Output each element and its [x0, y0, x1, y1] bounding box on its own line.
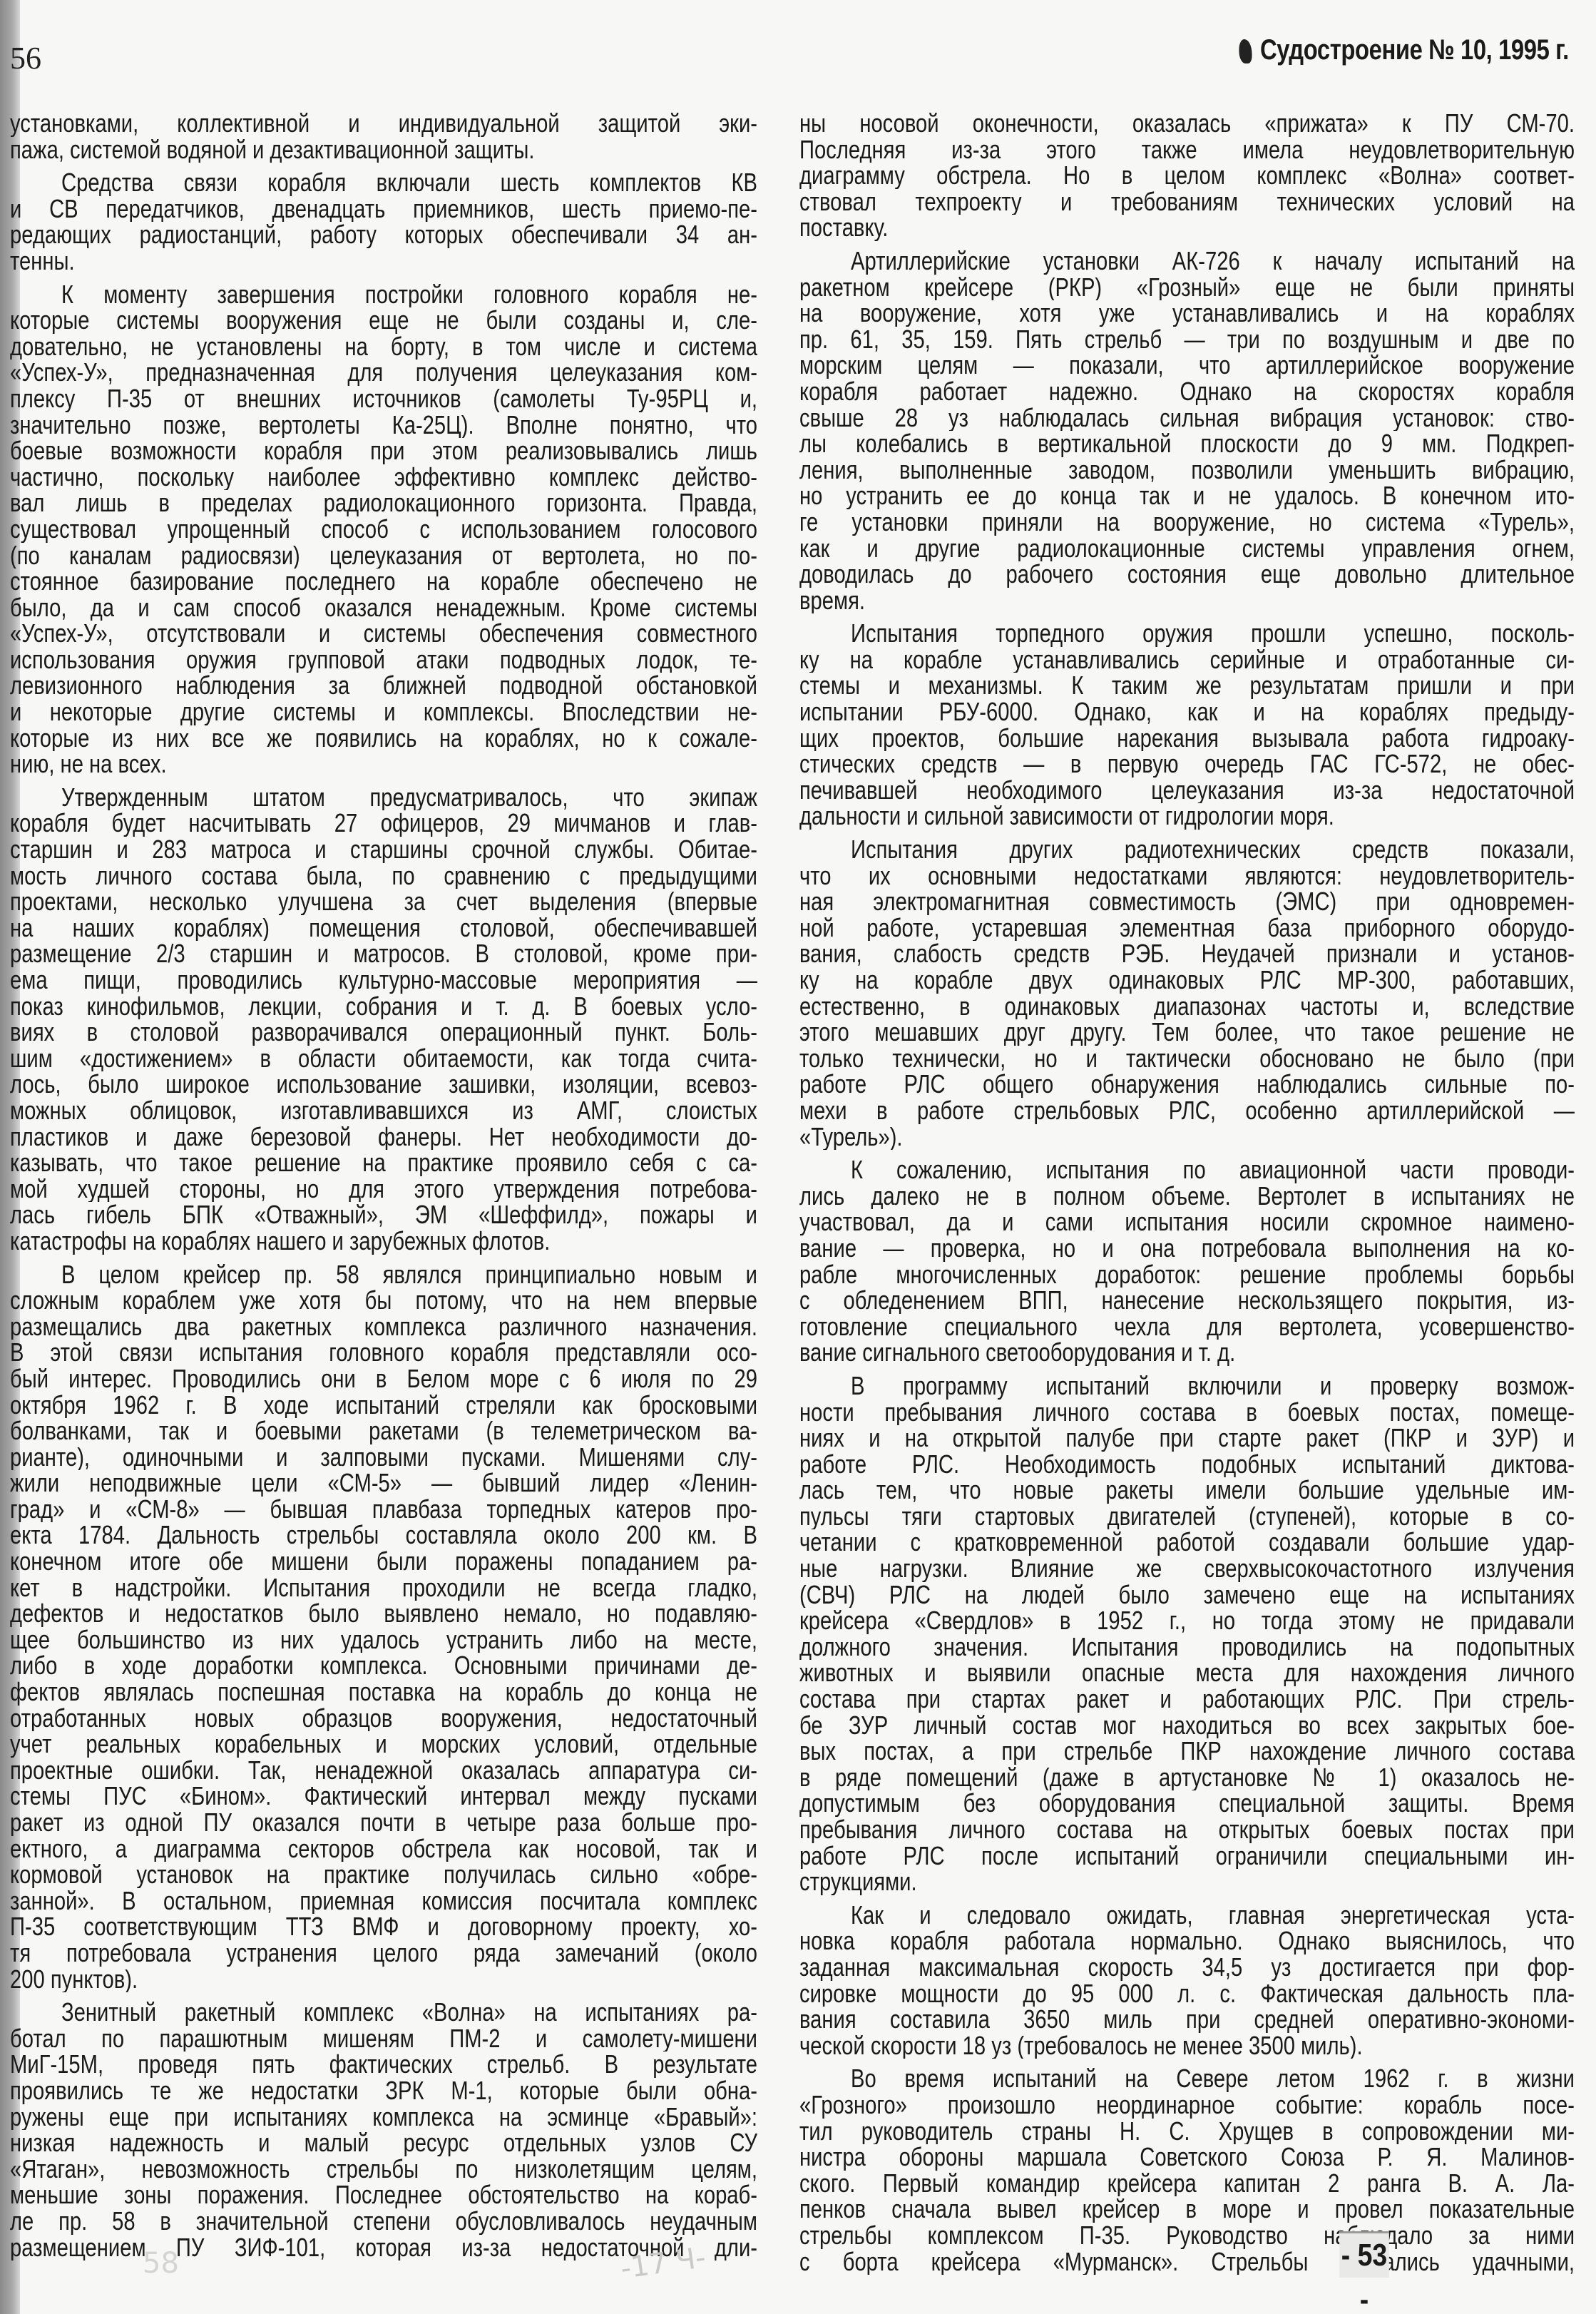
text-line: тенны.: [10, 248, 757, 275]
text-line: в ряде помещений (даже в артустановке № …: [799, 1765, 1575, 1791]
text-line: Как и следовало ожидать, главная энергет…: [799, 1902, 1575, 1929]
text-line: ку на корабле устанавливались серийные и…: [799, 647, 1575, 673]
text-line: Испытания торпедного оружия прошли успеш…: [799, 621, 1575, 647]
text-line: ления, выполненные заводом, позволили ум…: [799, 457, 1575, 484]
text-line: вание — проверка, но и она потребовала в…: [799, 1235, 1575, 1262]
text-line: с обледенением ВПП, нанесение нескользящ…: [799, 1288, 1575, 1314]
text-line: К моменту завершения постройки головного…: [10, 282, 757, 308]
text-line: кормовой установок на практике получилас…: [10, 1862, 757, 1888]
text-line: лись далеко не в полном объеме. Вертолет…: [799, 1183, 1575, 1210]
text-line: «Ятаган», невозможность стрельбы по низк…: [10, 2156, 757, 2183]
text-line: ной работе, устаревшая элементная база п…: [799, 915, 1575, 942]
text-line: показ кинофильмов, лекции, собрания и т.…: [10, 994, 757, 1020]
text-line: ракетном крейсере (РКР) «Грозный» еще не…: [799, 275, 1575, 301]
text-line: использования оружия групповой атаки под…: [10, 647, 757, 673]
text-line: ема пищи, проводились культурно-массовые…: [10, 967, 757, 994]
text-line: работе РЛС общего обнаружения наблюдалис…: [799, 1071, 1575, 1098]
page-number: - 53 -: [1339, 2231, 1389, 2278]
text-line: лась тем, что новые ракеты имели большие…: [799, 1477, 1575, 1504]
text-line: поставку.: [799, 215, 1575, 241]
text-line: ружены еще при испытаниях комплекса на э…: [10, 2104, 757, 2131]
text-line: лась гибель БПК «Отважный», ЭМ «Шеффилд»…: [10, 1202, 757, 1228]
text-line: пребывания личного состава на открытых б…: [799, 1817, 1575, 1843]
left-text-column: установками, коллективной и индивидуальн…: [10, 111, 757, 2261]
text-line: животных и выявили опасные места для нах…: [799, 1660, 1575, 1686]
text-line: занной». В остальном, приемная комиссия …: [10, 1888, 757, 1915]
text-line: только технически, но и тактически обосн…: [799, 1046, 1575, 1072]
text-line: старшин и 283 матроса и старшины срочной…: [10, 837, 757, 863]
text-line: стрельбы комплексом П-35. Руководство на…: [799, 2223, 1575, 2249]
text-line: доводилась до рабочего состояния еще дов…: [799, 561, 1575, 588]
text-line: на наших кораблях) помещения столовой, о…: [10, 915, 757, 942]
text-line: вал лишь в пределах радиолокационного го…: [10, 490, 757, 516]
text-line: стоянное базирование последнего на кораб…: [10, 569, 757, 595]
text-line: Зенитный ракетный комплекс «Волна» на ис…: [10, 1999, 757, 2026]
text-line: стических средств — в первую очередь ГАС…: [799, 751, 1575, 778]
text-line: В программу испытаний включили и проверк…: [799, 1373, 1575, 1400]
text-line: состава при стартах ракет и работающих Р…: [799, 1686, 1575, 1713]
text-line: пажа, системой водяной и дезактивационно…: [10, 137, 757, 163]
text-line: град» и «СМ-8» — бывшая плавбаза торпедн…: [10, 1497, 757, 1523]
text-line: и некоторые другие системы и комплексы. …: [10, 699, 757, 725]
text-line: ле пр. 58 в значительной степени обуслов…: [10, 2208, 757, 2235]
text-line: было, да и сам способ оказался ненадежны…: [10, 595, 757, 621]
text-line: этого мешавших друг другу. Тем более, чт…: [799, 1019, 1575, 1046]
text-line: участвовал, да и сами испытания носили с…: [799, 1209, 1575, 1235]
text-line: довательно, не установлены на борту, в т…: [10, 334, 757, 360]
text-line: нистра обороны маршала Советского Союза …: [799, 2144, 1575, 2171]
text-line: левизионного наблюдения за ближней подво…: [10, 673, 757, 699]
text-line: 200 пунктов).: [10, 1967, 757, 1993]
text-line: В этой связи испытания головного корабля…: [10, 1340, 757, 1366]
text-line: жили неподвижные цели «СМ-5» — бывший ли…: [10, 1470, 757, 1497]
text-line: либо в ходе доработки комплекса. Основны…: [10, 1653, 757, 1679]
handwritten-mark-left: 58: [143, 2247, 179, 2280]
text-line: размещались два ракетных комплекса разли…: [10, 1314, 757, 1340]
text-line: катастрофы на кораблях нашего и зарубежн…: [10, 1228, 757, 1255]
text-line: ку на корабле двух одинаковых РЛС МР-300…: [799, 967, 1575, 994]
text-line: работе РЛС после испытаний ограничили сп…: [799, 1843, 1575, 1870]
text-line: сировке мощности до 95 000 л. с. Фактиче…: [799, 1981, 1575, 2007]
text-line: на вооружение, хотя уже устанавливались …: [799, 300, 1575, 327]
text-line: мехи в работе стрельбовых РЛС, особенно …: [799, 1098, 1575, 1124]
text-line: тя потребовала устранения целого ряда за…: [10, 1940, 757, 1967]
text-line: пр. 61, 35, 159. Пять стрельб — три по в…: [799, 327, 1575, 353]
text-line: испытании РБУ-6000. Однако, как и на кор…: [799, 699, 1575, 725]
text-line: время.: [799, 588, 1575, 614]
text-line: можных облицовок, изготавливавшихся из А…: [10, 1098, 757, 1124]
text-line: (СВЧ) РЛС на людей было замечено еще на …: [799, 1582, 1575, 1609]
text-line: и СВ передатчиков, двенадцать приемников…: [10, 196, 757, 223]
text-line: ные нагрузки. Влияние же сверхвысокочаст…: [799, 1556, 1575, 1582]
text-line: пенков сначала вывел крейсер в море и пр…: [799, 2196, 1575, 2223]
text-line: «Турель»).: [799, 1124, 1575, 1151]
text-line: дальности и сильной зависимости от гидро…: [799, 803, 1575, 830]
text-line: виях в столовой разворачивался операцион…: [10, 1019, 757, 1046]
text-line: новка корабля работала нормально. Однако…: [799, 1928, 1575, 1954]
text-line: стемы и механизмы. К таким же результата…: [799, 673, 1575, 699]
text-line: ектного, а диаграмма секторов обстрела к…: [10, 1836, 757, 1862]
text-line: К сожалению, испытания по авиационной ча…: [799, 1157, 1575, 1183]
text-line: рианте), одиночными и залповыми пусками.…: [10, 1444, 757, 1471]
text-line: В целом крейсер пр. 58 являлся принципиа…: [10, 1262, 757, 1288]
text-line: четании с кратковременной работой создав…: [799, 1529, 1575, 1556]
text-line: морским целям — показали, что артиллерий…: [799, 352, 1575, 379]
text-line: ствовал техпроекту и требованиям техниче…: [799, 189, 1575, 215]
text-line: проявились те же недостатки ЗРК М-1, кот…: [10, 2078, 757, 2104]
text-line: меньшие зоны поражения. Последнее обстоя…: [10, 2182, 757, 2208]
text-line: лы колебались в вертикальной плоскости д…: [799, 431, 1575, 457]
text-line: казывать, что такое решение на практике …: [10, 1150, 757, 1176]
text-line: которые системы вооружения еще не были с…: [10, 307, 757, 334]
text-line: боевые возможности корабля при этом реал…: [10, 438, 757, 464]
text-line: свыше 28 уз наблюдалась сильная вибрация…: [799, 405, 1575, 432]
text-line: рабле многочисленных доработок: решение …: [799, 1262, 1575, 1288]
text-line: бый интерес. Проводились они в Белом мор…: [10, 1366, 757, 1392]
text-line: существовал упрощенный способ с использо…: [10, 516, 757, 543]
text-line: диаграмму обстрела. Но в целом комплекс …: [799, 163, 1575, 189]
text-line: но устранить ее до конца так и не удалос…: [799, 483, 1575, 509]
text-line: ны носовой оконечности, оказалась «прижа…: [799, 111, 1575, 137]
previous-page-number: 56: [10, 43, 41, 74]
text-line: «Грозного» произошло неординарное событи…: [799, 2092, 1575, 2119]
text-line: щее большинство из них удалось устранить…: [10, 1627, 757, 1653]
text-line: низкая надежность и малый ресурс отдельн…: [10, 2130, 757, 2156]
text-line: плексу П-35 от внешних источников (самол…: [10, 386, 757, 412]
text-line: должного значения. Испытания проводились…: [799, 1634, 1575, 1661]
text-line: пластиков и даже березовой фанеры. Нет н…: [10, 1124, 757, 1151]
text-line: октября 1962 г. В ходе испытаний стрелял…: [10, 1392, 757, 1419]
text-line: Артиллерийские установки АК-726 к началу…: [799, 248, 1575, 275]
text-line: ная электромагнитная совместимость (ЭМС)…: [799, 889, 1575, 915]
text-line: частично, поскольку наиболее эффективно …: [10, 464, 757, 491]
text-line: лось, было широкое использование зашивки…: [10, 1071, 757, 1098]
text-line: фектов являлась поспешная поставка на ко…: [10, 1679, 757, 1706]
text-line: дефектов и недостатков было выявлено нем…: [10, 1601, 757, 1627]
text-line: бе ЗУР личный состав мог находиться во в…: [799, 1713, 1575, 1739]
running-header: Судостроение № 10, 1995 г.: [1239, 34, 1569, 66]
right-text-column: ны носовой оконечности, оказалась «прижа…: [799, 111, 1575, 2275]
text-line: которые из них все же появились на кораб…: [10, 725, 757, 752]
text-line: отработанных новых образцов вооружения, …: [10, 1706, 757, 1732]
text-line: Во время испытаний на Севере летом 1962 …: [799, 2066, 1575, 2092]
text-line: ниях и на открытой палубе при старте рак…: [799, 1425, 1575, 1452]
text-line: вания составила 3650 миль при средней оп…: [799, 2007, 1575, 2033]
text-line: струкциями.: [799, 1869, 1575, 1895]
text-line: крейсера «Свердлов» в 1952 г., но тогда …: [799, 1608, 1575, 1634]
text-line: МиГ-15М, проведя пять фактических стрель…: [10, 2051, 757, 2078]
text-line: значительно позже, вертолеты Ка-25Ц). Вп…: [10, 412, 757, 439]
text-line: с борта крейсера «Мурманск». Стрельбы ок…: [799, 2249, 1575, 2275]
text-line: тил руководитель страны Н. С. Хрущев в с…: [799, 2119, 1575, 2145]
text-line: екта 1784. Дальность стрельбы составляла…: [10, 1522, 757, 1549]
text-line: кет в надстройки. Испытания проходили не…: [10, 1575, 757, 1601]
text-line: Средства связи корабля включали шесть ко…: [10, 170, 757, 196]
text-line: Утвержденным штатом предусматривалось, ч…: [10, 785, 757, 811]
text-line: размещение 2/3 старшин и матросов. В сто…: [10, 941, 757, 967]
text-line: болванками, так и боевыми ракетами (в те…: [10, 1418, 757, 1444]
text-line: естественно, в одинаковых диапазонах час…: [799, 994, 1575, 1020]
text-line: ге установки приняли на вооружение, но с…: [799, 509, 1575, 536]
text-line: «Успех-У», отсутствовали и системы обесп…: [10, 621, 757, 647]
text-line: что их основными недостатками являются: …: [799, 863, 1575, 890]
text-line: нию, не на всех.: [10, 751, 757, 778]
text-line: корабля работает надежно. Однако на скор…: [799, 379, 1575, 405]
text-line: «Успех-У», предназначенная для получения…: [10, 360, 757, 386]
text-line: ракет из одной ПУ оказался почти в четыр…: [10, 1810, 757, 1836]
text-line: печивавшей необходимого целеуказания из-…: [799, 778, 1575, 804]
text-line: вания, слабость средств РЭБ. Неудачей пр…: [799, 941, 1575, 967]
text-line: установками, коллективной и индивидуальн…: [10, 111, 757, 137]
text-line: проектами, несколько улучшена за счет вы…: [10, 889, 757, 915]
text-line: вание сигнального светооборудования и т.…: [799, 1340, 1575, 1366]
text-line: вых постах, а при стрельбе ПКР нахождени…: [799, 1738, 1575, 1765]
text-line: Последняя из-за этого также имела неудов…: [799, 137, 1575, 163]
text-line: щих проектов, большие нарекания вызывала…: [799, 725, 1575, 752]
text-line: редающих радиостанций, работу которых об…: [10, 222, 757, 248]
ink-blot-icon: [1239, 39, 1252, 63]
text-line: пульсы тяги стартовых двигателей (ступен…: [799, 1504, 1575, 1530]
text-line: готовление специального чехла для вертол…: [799, 1314, 1575, 1340]
text-line: заданная максимальная скорость 34,5 уз д…: [799, 1954, 1575, 1981]
text-line: Испытания других радиотехнических средст…: [799, 837, 1575, 863]
journal-title: Судостроение № 10, 1995 г.: [1260, 34, 1569, 66]
text-line: работе РЛС. Необходимость подобных испыт…: [799, 1452, 1575, 1478]
text-line: сложным кораблем уже хотя бы потому, что…: [10, 1288, 757, 1314]
text-line: как и другие радиолокационные системы уп…: [799, 536, 1575, 562]
text-line: П-35 соответствующим ТТЗ ВМФ и договорно…: [10, 1914, 757, 1940]
text-line: мость личного состава была, по сравнению…: [10, 863, 757, 890]
text-line: конечном итоге обе мишени были поражены …: [10, 1549, 757, 1575]
text-line: шим «достижением» в области обитаемости,…: [10, 1046, 757, 1072]
text-line: стемы ПУС «Бином». Фактический интервал …: [10, 1783, 757, 1810]
text-line: проектные ошибки. Так, ненадежной оказал…: [10, 1758, 757, 1784]
text-line: учет реальных корабельных и морских усло…: [10, 1731, 757, 1758]
text-line: допустимым без оборудования специальной …: [799, 1790, 1575, 1817]
text-line: мой худшей стороны, но для этого утвержд…: [10, 1176, 757, 1203]
text-line: (по каналам радиосвязи) целеуказания от …: [10, 543, 757, 569]
text-line: ности пребывания личного состава в боевы…: [799, 1400, 1575, 1426]
text-line: ского. Первый командир крейсера капитан …: [799, 2171, 1575, 2197]
text-line: ботал по парашютным мишеням ПМ-2 и самол…: [10, 2026, 757, 2052]
text-line: корабля будет насчитывать 27 офицеров, 2…: [10, 810, 757, 837]
text-line: ческой скорости 18 уз (требовалось не ме…: [799, 2033, 1575, 2059]
